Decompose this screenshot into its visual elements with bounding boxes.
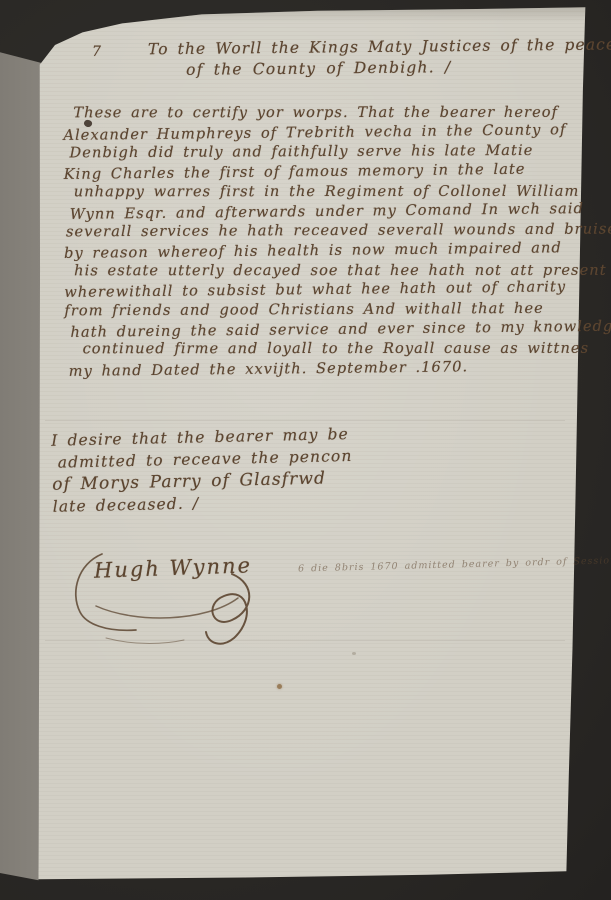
foxing-spot — [277, 684, 282, 689]
signature-block: Hugh Wynne — [66, 540, 306, 660]
heading-line: To the Worll the Kings Maty Justices of … — [148, 36, 588, 59]
certificate-body: These are to certify yor worps. That the… — [63, 102, 580, 381]
address-heading: To the Worll the Kings Maty Justices of … — [148, 36, 588, 80]
paper-crease — [45, 420, 565, 421]
foxing-spot — [352, 652, 356, 655]
page-number: 7 — [92, 44, 101, 60]
body-line: unhappy warres first in the Regiment of … — [64, 182, 580, 202]
body-line: These are to certify yor worps. That the… — [63, 103, 579, 123]
manuscript-scan: 7 To the Worll the Kings Maty Justices o… — [0, 0, 611, 900]
pension-request-note: I desire that the bearer may be admitted… — [51, 422, 383, 517]
